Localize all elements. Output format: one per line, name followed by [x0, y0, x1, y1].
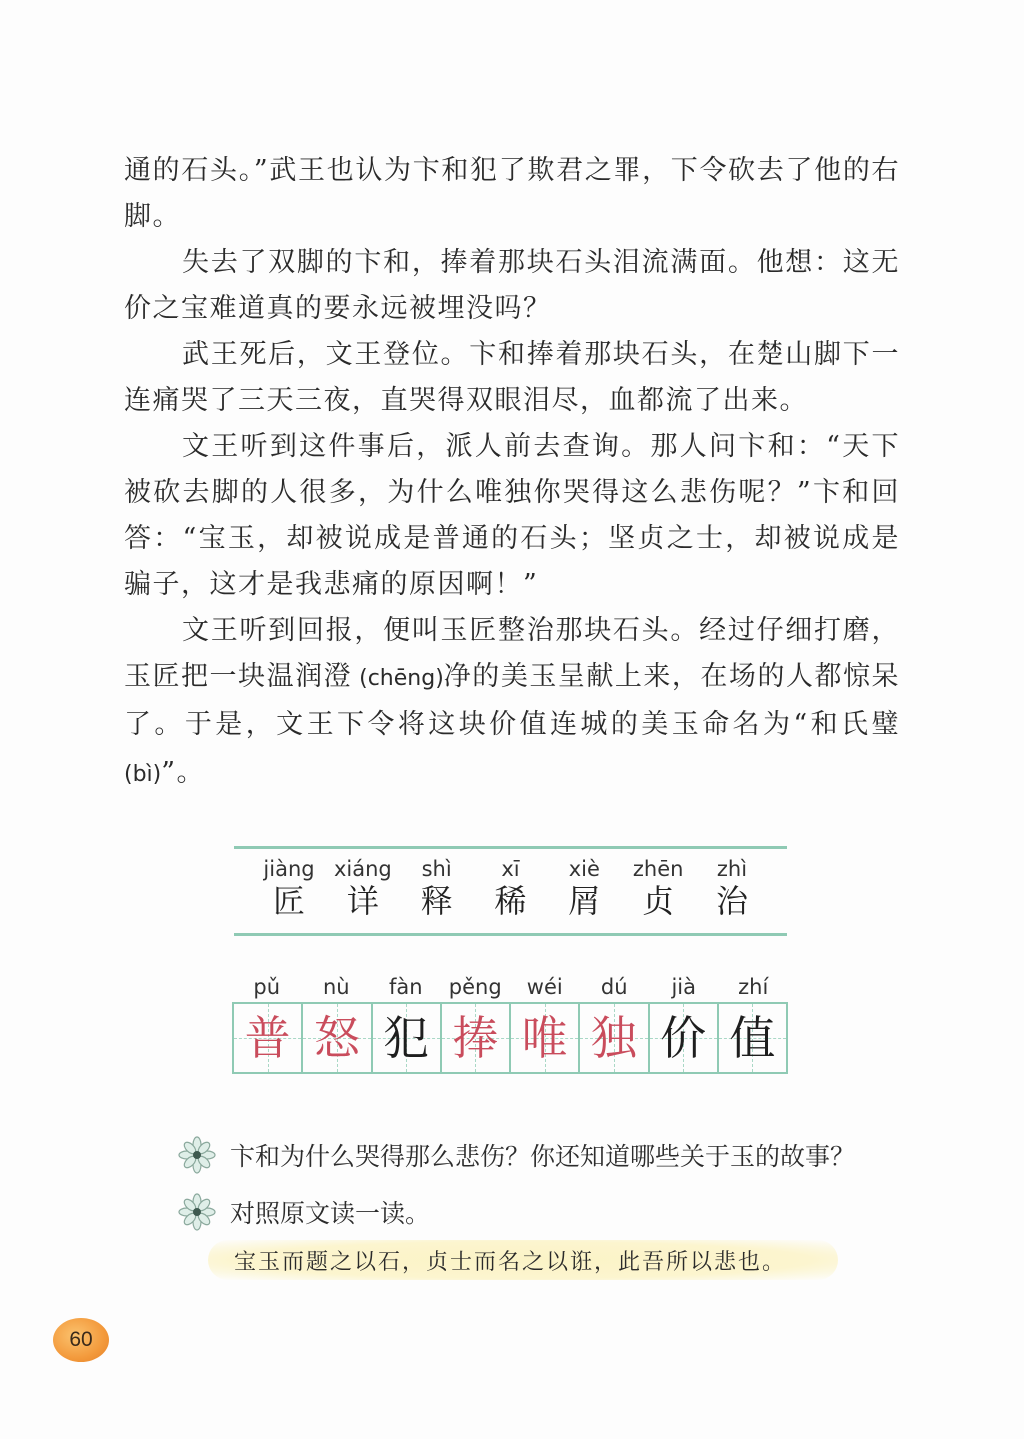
- flower-bullet-icon: [178, 1136, 216, 1174]
- vocab-char: 稀: [494, 881, 526, 921]
- vocab-item: xī稀: [477, 857, 543, 921]
- write-char: 犯: [383, 1015, 429, 1061]
- question-2: 对照原文读一读。: [178, 1193, 430, 1231]
- vocab-item: shì释: [404, 857, 470, 921]
- grid-cell: 独: [580, 1004, 649, 1072]
- grid-cell: 价: [650, 1004, 719, 1072]
- inline-pinyin-cheng: (chēng): [352, 666, 444, 691]
- write-pinyin: jià: [649, 972, 719, 1002]
- vocab-char: 屑: [568, 881, 600, 921]
- question-2-text: 对照原文读一读。: [230, 1194, 430, 1230]
- paragraph-5-part3: ”。: [161, 757, 205, 788]
- vocab-pinyin: xiáng: [334, 857, 392, 881]
- grid-cell: 捧: [442, 1004, 511, 1072]
- vocab-char: 治: [716, 881, 748, 921]
- vocab-char: 释: [421, 881, 453, 921]
- vocab-pinyin: xiè: [569, 857, 600, 881]
- paragraph-4: 文王听到这件事后，派人前去查询。那人问卞和：“天下被砍去脚的人很多，为什么唯独你…: [124, 424, 900, 608]
- vocab-pinyin: jiàng: [263, 857, 314, 881]
- vocab-char: 匠: [273, 881, 305, 921]
- recognize-vocabulary-band: jiàng匠 xiáng详 shì释 xī稀 xiè屑 zhēn贞 zhì治: [234, 846, 787, 936]
- page-number: 60: [69, 1328, 92, 1352]
- vocab-item: xiáng详: [330, 857, 396, 921]
- classical-quote-text: 宝玉而题之以石，贞士而名之以诳，此吾所以悲也。: [234, 1245, 786, 1276]
- vocab-pinyin: zhì: [717, 857, 747, 881]
- write-pinyin: fàn: [371, 972, 441, 1002]
- write-char: 价: [660, 1015, 706, 1061]
- write-pinyin: zhí: [719, 972, 789, 1002]
- writing-pinyin-row: pǔ nù fàn pěng wéi dú jià zhí: [232, 972, 788, 1002]
- paragraph-2: 失去了双脚的卞和，捧着那块石头泪流满面。他想：这无价之宝难道真的要永远被埋没吗？: [124, 240, 900, 332]
- paragraph-3: 武王死后，文王登位。卞和捧着那块石头，在楚山脚下一连痛哭了三天三夜，直哭得双眼泪…: [124, 332, 900, 424]
- grid-cell: 怒: [303, 1004, 372, 1072]
- vocab-item: xiè屑: [551, 857, 617, 921]
- vocab-pinyin: xī: [501, 857, 519, 881]
- inline-pinyin-bi: (bì): [124, 762, 161, 787]
- classical-quote-box: 宝玉而题之以石，贞士而名之以诳，此吾所以悲也。: [208, 1240, 838, 1280]
- write-pinyin: pěng: [441, 972, 511, 1002]
- write-pinyin: wéi: [510, 972, 580, 1002]
- write-char: 怒: [314, 1015, 360, 1061]
- write-char: 捧: [452, 1015, 498, 1061]
- vocab-char: 贞: [642, 881, 674, 921]
- write-char: 唯: [522, 1015, 568, 1061]
- page-number-badge: 60: [53, 1318, 109, 1362]
- write-char: 普: [245, 1015, 291, 1061]
- vocab-item: jiàng匠: [256, 857, 322, 921]
- question-1-text: 卞和为什么哭得那么悲伤？你还知道哪些关于玉的故事？: [230, 1137, 855, 1173]
- grid-cell: 普: [234, 1004, 303, 1072]
- paragraph-1: 通的石头。”武王也认为卞和犯了欺君之罪，下令砍去了他的右脚。: [124, 148, 900, 240]
- tianzige-grid: 普 怒 犯 捧 唯 独 价 值: [232, 1002, 788, 1074]
- write-char: 值: [729, 1015, 775, 1061]
- vocab-pinyin: shì: [422, 857, 452, 881]
- question-1: 卞和为什么哭得那么悲伤？你还知道哪些关于玉的故事？: [178, 1136, 855, 1174]
- vocab-item: zhì治: [699, 857, 765, 921]
- grid-cell: 值: [719, 1004, 788, 1072]
- write-pinyin: nù: [302, 972, 372, 1002]
- write-pinyin: dú: [580, 972, 650, 1002]
- vocab-char: 详: [347, 881, 379, 921]
- grid-cell: 犯: [373, 1004, 442, 1072]
- writing-grid-section: pǔ nù fàn pěng wéi dú jià zhí 普 怒 犯 捧 唯 …: [232, 972, 788, 1074]
- write-pinyin: pǔ: [232, 972, 302, 1002]
- vocab-item: zhēn贞: [625, 857, 691, 921]
- flower-bullet-icon: [178, 1193, 216, 1231]
- story-text: 通的石头。”武王也认为卞和犯了欺君之罪，下令砍去了他的右脚。 失去了双脚的卞和，…: [124, 148, 900, 798]
- write-char: 独: [591, 1015, 637, 1061]
- vocab-pinyin: zhēn: [633, 857, 684, 881]
- paragraph-5: 文王听到回报，便叫玉匠整治那块石头。经过仔细打磨，玉匠把一块温润澄 (chēng…: [124, 608, 900, 798]
- grid-cell: 唯: [511, 1004, 580, 1072]
